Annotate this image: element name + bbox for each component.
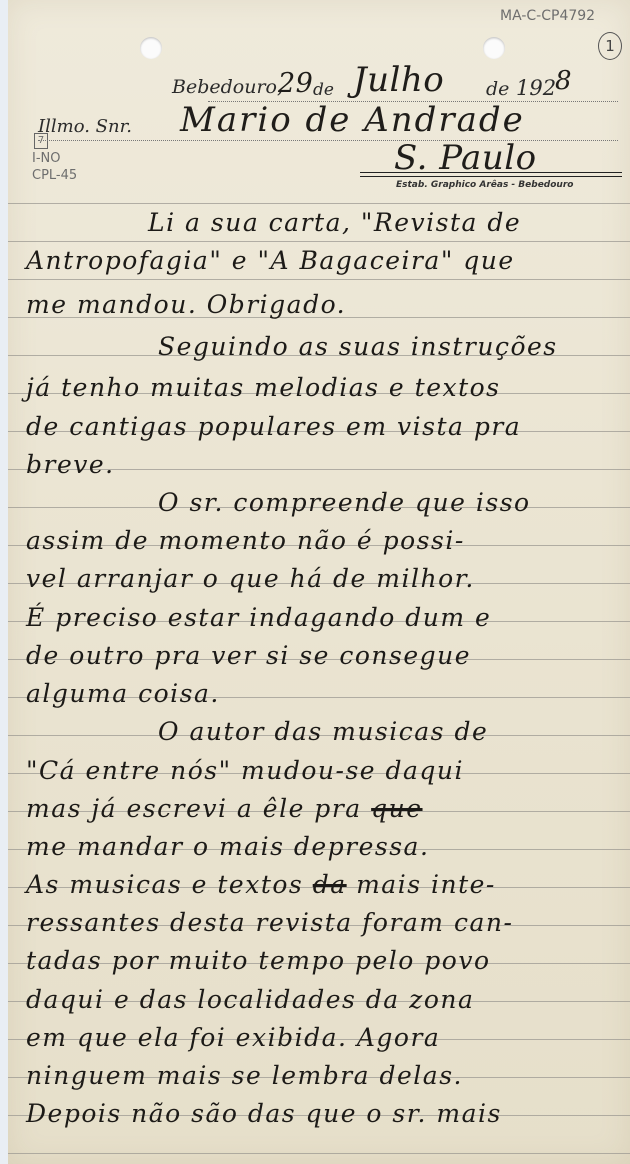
body-line-15: "Cá entre nós" mudou-se daqui [26, 756, 464, 785]
body-line-6: de cantigas populares em vista pra [26, 412, 521, 441]
shelf-mark-2: CPL-45 [32, 168, 77, 183]
date-month: Julho [353, 60, 444, 100]
date-day: 29 [278, 68, 313, 99]
printed-place: Bebedouro, [172, 76, 283, 98]
body-line-11: É preciso estar indagando dum e [26, 603, 491, 632]
body-line-18: As musicas e textos da mais inte- [26, 870, 496, 899]
body-line-23: ninguem mais se lembra delas. [26, 1061, 463, 1090]
body-line-12: de outro pra ver si se consegue [26, 641, 471, 670]
body-line-21: daqui e das localidades da zona [26, 985, 474, 1014]
body-line-20: tadas por muito tempo pelo povo [26, 946, 491, 975]
printer-imprint: Estab. Graphico Arêas - Bebedouro [396, 180, 573, 190]
body-line-1: Li a sua carta, "Revista de [148, 208, 521, 237]
body-line-19: ressantes desta revista foram can- [26, 908, 513, 937]
body-line-17: me mandar o mais depressa. [26, 832, 429, 861]
punch-hole-right [483, 37, 505, 59]
body-line-16-text: mas já escrevi a êle pra [26, 794, 362, 823]
addressee-name: Mario de Andrade [180, 100, 525, 140]
letter-page: MA-C-CP4792 1 7 I-NO CPL-45 Bebedouro, 2… [8, 0, 630, 1164]
body-line-10: vel arranjar o que há de milhor. [26, 564, 475, 593]
printed-salutation: Illmo. Snr. [38, 116, 132, 137]
body-line-7: breve. [26, 450, 115, 479]
archive-code: MA-C-CP4792 [500, 8, 595, 24]
body-line-16: mas já escrevi a êle pra que [26, 794, 423, 823]
body-line-5: já tenho muitas melodias e textos [26, 373, 501, 402]
body-line-24: Depois não são das que o sr. mais [26, 1099, 502, 1128]
body-line-18-text-b: mais inte- [356, 870, 496, 899]
body-line-8: O sr. compreende que isso [158, 488, 531, 517]
struck-word-da: da [313, 870, 347, 899]
body-line-3: me mandou. Obrigado. [26, 290, 346, 319]
body-line-9: assim de momento não é possi- [26, 526, 465, 555]
printed-de-2: de [486, 78, 509, 100]
punch-hole-left [140, 37, 162, 59]
body-line-2: Antropofagia" e "A Bagaceira" que [26, 246, 515, 275]
printed-year: 192 [516, 76, 556, 100]
struck-word-que: que [371, 794, 422, 823]
body-line-14: O autor das musicas de [158, 717, 488, 746]
shelf-mark-1: I-NO [32, 151, 60, 166]
body-line-13: alguma coisa. [26, 679, 220, 708]
date-year-digit: 8 [555, 66, 572, 96]
page-number: 1 [598, 32, 622, 60]
printed-de-1: de [313, 80, 334, 100]
body-line-22: em que ela foi exibida. Agora [26, 1023, 440, 1052]
body-line-4: Seguindo as suas instruções [158, 332, 558, 361]
letterhead-rule [360, 172, 622, 177]
body-line-18-text-a: As musicas e textos [26, 870, 303, 899]
